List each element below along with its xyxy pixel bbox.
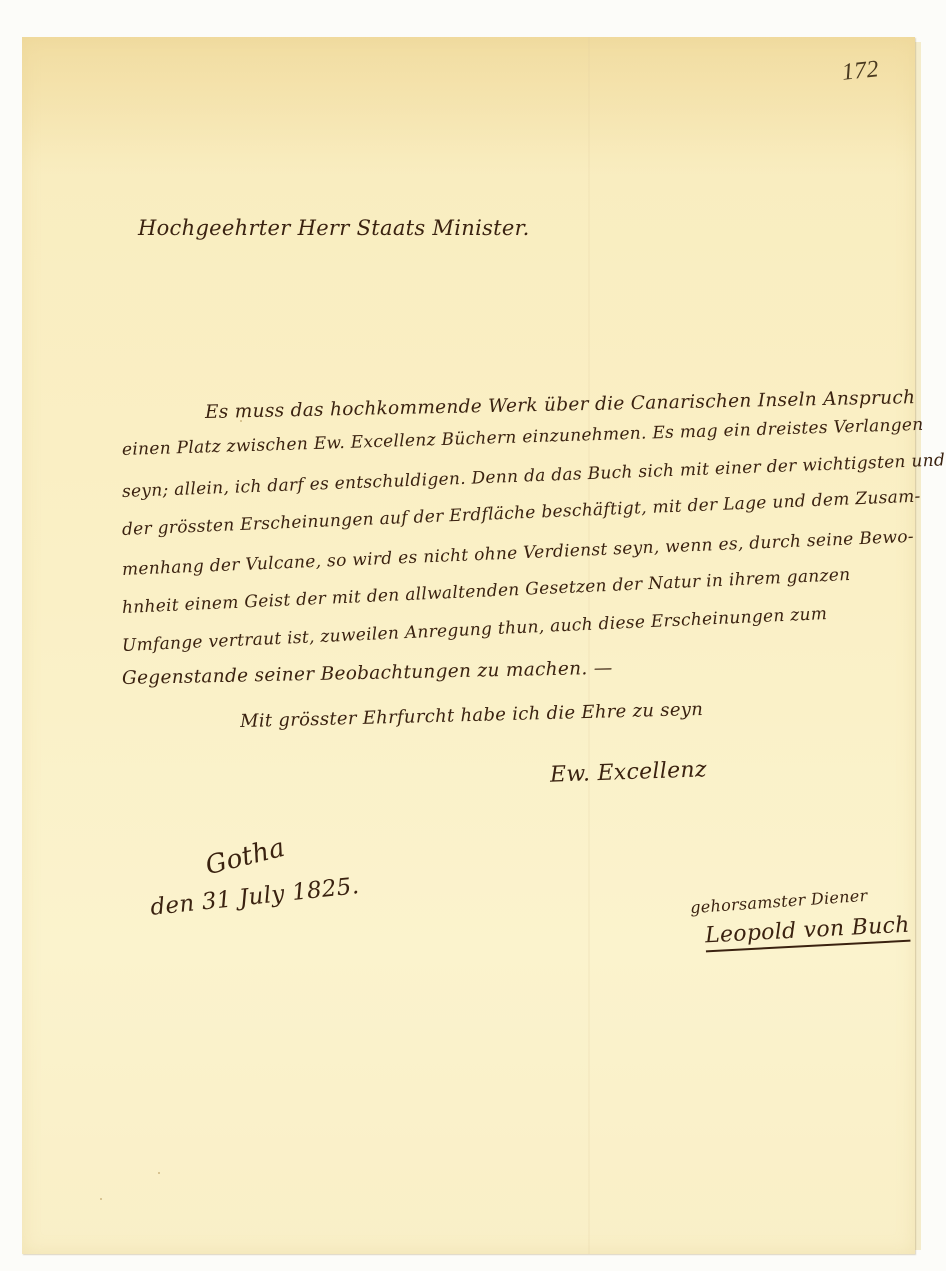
folio-number: 172 <box>841 56 881 87</box>
scanned-document: 172 Hochgeehrter Herr Staats Minister. E… <box>0 0 946 1271</box>
salutation: Hochgeehrter Herr Staats Minister. <box>138 216 530 240</box>
sheet-back-edge <box>915 42 921 1250</box>
paper-fold-line <box>588 37 590 1254</box>
paper-speck <box>158 1172 160 1174</box>
paper-speck <box>100 1198 102 1200</box>
paper-speck <box>240 420 242 422</box>
